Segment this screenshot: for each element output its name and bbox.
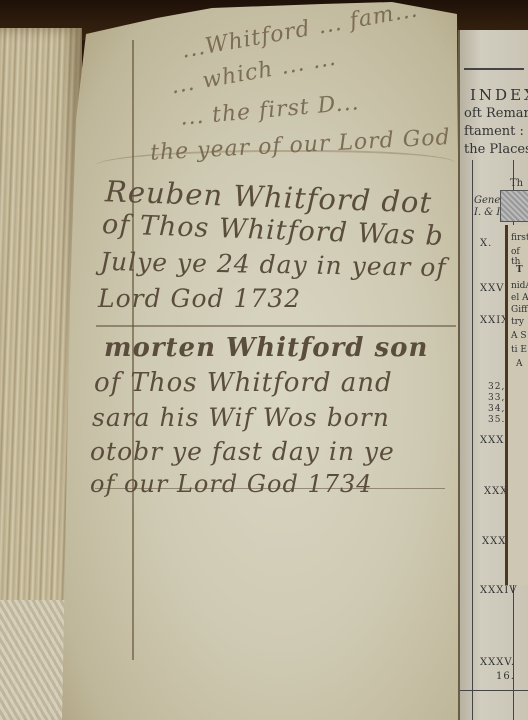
- inner-text-line: T: [516, 265, 523, 275]
- inner-text-line: nidA: [511, 281, 528, 291]
- index-subtitle-2: ftament : I: [464, 124, 528, 139]
- inner-folded-page: first of th T nidA el A Giffe try A S ti…: [505, 225, 528, 585]
- footer-number: 16.: [496, 671, 515, 682]
- bible-photo: ...Whitford ... fam... ... which ... ...…: [0, 0, 528, 720]
- inner-text-line: A: [516, 359, 523, 369]
- inner-text-line: try: [511, 317, 524, 327]
- verse-number: 35.: [488, 415, 505, 425]
- entry-2-line-3: sara his Wif Wos born: [92, 403, 390, 432]
- entry-2-line-1: morten Whitford son: [104, 333, 428, 363]
- entry-underline: [95, 488, 445, 489]
- index-title: INDEX: [470, 86, 528, 104]
- verse-number: 32,: [488, 382, 505, 392]
- roman-numeral: XXXV.: [480, 657, 515, 668]
- entry-divider: [96, 325, 456, 327]
- ornament-lines: [464, 38, 524, 70]
- entry-2-line-5: of our Lord God 1734: [90, 470, 373, 498]
- entry-2-line-4: otobr ye fast day in ye: [90, 437, 395, 466]
- verse-number: 33,: [488, 393, 505, 403]
- inner-text-line: el A: [511, 293, 528, 303]
- index-subtitle-1: oft Remark: [464, 106, 528, 121]
- book-fore-edge-lower: [0, 600, 70, 720]
- inner-text-line: A S: [511, 331, 527, 341]
- entry-2-line-2: of Thos Whitford and: [94, 368, 393, 398]
- roman-numeral: XXXIV: [480, 585, 518, 596]
- roman-numeral: X.: [480, 238, 492, 249]
- ornament-header-box: [500, 190, 528, 222]
- th-label: Th: [510, 178, 523, 189]
- entry-1-line-4: Lord God 1732: [98, 284, 301, 313]
- index-subtitle-3: the Places: [464, 142, 528, 157]
- inner-text-line: of th: [511, 247, 528, 267]
- entry-1-line-3: Julye ye 24 day in year of: [100, 247, 447, 282]
- inner-text-line: first: [511, 233, 528, 243]
- inner-text-line: Giffe: [511, 305, 528, 315]
- verse-number: 34,: [488, 404, 505, 414]
- inner-text-line: ti E: [511, 345, 527, 355]
- index-bottom-rule: [460, 690, 528, 691]
